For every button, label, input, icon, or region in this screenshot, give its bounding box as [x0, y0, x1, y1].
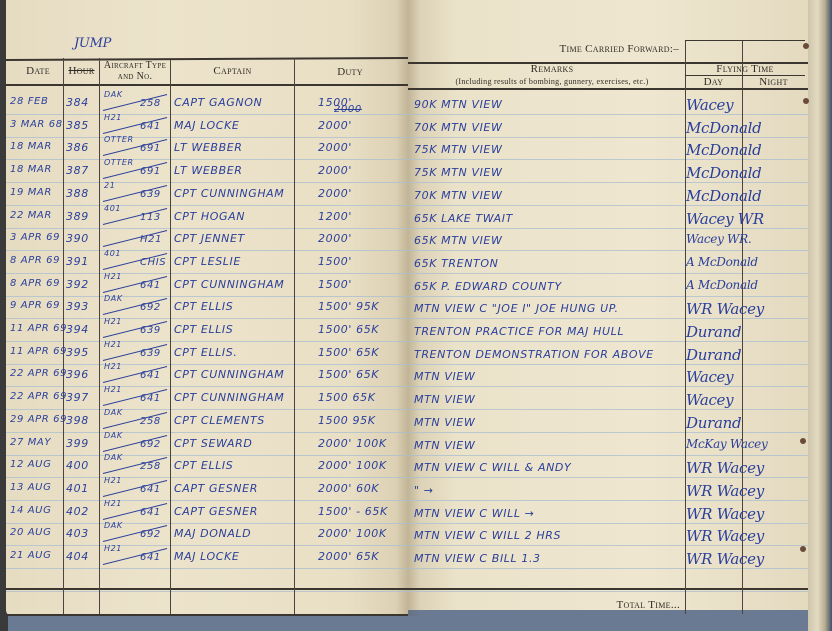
entry-date: 18 Mar	[10, 164, 52, 175]
entry-jump-number: 402	[66, 505, 89, 518]
ruled-line	[408, 364, 808, 365]
ruled-line	[6, 341, 408, 342]
entry-duty: 2000'	[318, 232, 352, 245]
entry-captain: cpt Cunningham	[174, 391, 284, 404]
entry-aircraft-type: 21	[104, 181, 115, 190]
entry-duty-struck: 2000	[334, 104, 362, 115]
entry-date: 27 May	[10, 437, 51, 448]
entry-date: 19 Mar	[10, 187, 52, 198]
ruled-line	[6, 137, 408, 138]
entry-captain: Capt Gagnon	[174, 96, 262, 109]
entry-captain: Cpt Ellis	[174, 300, 233, 313]
entry-jump-number: 391	[66, 255, 89, 268]
entry-captain: Cpt Jennet	[174, 232, 245, 245]
entry-signature: Wacey WR.	[686, 232, 751, 246]
entry-jump-number: 399	[66, 437, 89, 450]
footer-rule-left-2	[6, 614, 408, 616]
ruled-line	[408, 182, 808, 183]
ruled-line	[408, 250, 808, 251]
entry-signature: Wacey	[686, 391, 733, 409]
entry-remarks: 65K Lake Twait	[414, 212, 513, 225]
header-duty: Duty	[295, 67, 405, 78]
entry-jump-number: 394	[66, 323, 89, 336]
entry-jump-number: 386	[66, 141, 89, 154]
jump-annotation: Jump	[74, 36, 111, 51]
entry-duty: 2000'	[318, 141, 352, 154]
ruled-line	[6, 159, 408, 160]
entry-signature: Durand	[686, 323, 741, 341]
entry-remarks: Mtn View	[414, 393, 475, 406]
ruled-line	[408, 205, 808, 206]
entry-aircraft-type: DAK	[104, 90, 123, 99]
entry-captain: Cpt Cunningham	[174, 187, 284, 200]
ruled-line	[6, 273, 408, 274]
entry-date: 9 Apr 69	[10, 300, 60, 311]
entry-aircraft-type: H21	[104, 317, 122, 326]
entry-aircraft-type: H21	[104, 272, 122, 281]
header-night: Night	[742, 77, 805, 88]
entry-captain: Maj Donald	[174, 527, 251, 540]
entry-aircraft-type: H21	[104, 362, 122, 371]
entry-signature: A McDonald	[686, 278, 758, 292]
entry-signature: Wacey WR	[686, 210, 764, 228]
entry-signature: Durand	[686, 346, 741, 364]
entry-aircraft-type: 401	[104, 249, 121, 258]
entry-jump-number: 400	[66, 459, 89, 472]
entry-duty: 2000'	[318, 187, 352, 200]
ruled-line	[6, 500, 408, 501]
entry-remarks: Mtn View c Will 2 hrs	[414, 529, 561, 542]
entry-date: 28 Feb	[10, 96, 48, 107]
ruled-line	[408, 296, 808, 297]
ruled-line	[408, 273, 808, 274]
ruled-line	[408, 523, 808, 524]
entry-date: 29 Apr 69	[10, 414, 67, 425]
entry-aircraft-type: H21	[104, 113, 122, 122]
ruled-line	[6, 205, 408, 206]
entry-remarks: Trenton Practice for Maj Hull	[414, 325, 624, 338]
entry-duty: 1500' 65K	[318, 346, 379, 359]
ruled-line	[6, 364, 408, 365]
entry-duty: 1500'	[318, 278, 352, 291]
entry-aircraft-type: H21	[104, 499, 122, 508]
entry-duty: 2000' 100K	[318, 527, 387, 540]
header-remarks-subtitle: (Including results of bombing, gunnery, …	[420, 76, 684, 87]
entry-date: 22 Mar	[10, 210, 52, 221]
ruled-line	[6, 455, 408, 456]
entry-duty: 1500' 65K	[318, 323, 379, 336]
entry-duty: 1500' 95K	[318, 300, 379, 313]
entry-captain: cpt Cunningham	[174, 368, 284, 381]
entry-jump-number: 395	[66, 346, 89, 359]
entry-aircraft-type: DAK	[104, 431, 123, 440]
entry-remarks: Mtn View	[414, 439, 475, 452]
entry-remarks: 75K Mtn View	[414, 143, 502, 156]
entry-date: 8 Apr 69	[10, 278, 60, 289]
ruled-line	[6, 523, 408, 524]
ruled-line	[408, 159, 808, 160]
entry-duty: 2000' 60K	[318, 482, 379, 495]
entry-remarks: 70K Mtn View	[414, 189, 502, 202]
entry-duty: 2000' 100K	[318, 459, 387, 472]
entry-remarks: 70K Mtn View	[414, 121, 502, 134]
entry-signature: WR Wacey	[686, 482, 764, 500]
entry-duty: 1200'	[318, 210, 352, 223]
entry-remarks: Mtn View	[414, 370, 475, 383]
entry-duty: 1500 65K	[318, 391, 376, 404]
total-time-label: Total Time...	[560, 600, 680, 611]
entry-captain: Capt Gesner	[174, 505, 258, 518]
entry-remarks: Mtn View c Bill 1.3	[414, 552, 541, 565]
time-carried-forward-label: Time Carried Forward:–	[520, 44, 685, 55]
header-bottom-rule-right	[408, 88, 808, 90]
entry-remarks: Trenton Demonstration for Above	[414, 348, 654, 361]
entry-date: 12 Aug	[10, 459, 51, 470]
entry-captain: Lt Webber	[174, 141, 243, 154]
entry-remarks: 65K Trenton	[414, 257, 498, 270]
entry-signature: McDonald	[686, 119, 761, 137]
ruled-line	[408, 500, 808, 501]
entry-aircraft-type: 401	[104, 204, 121, 213]
entry-remarks: Mtn View c Will & Andy	[414, 461, 571, 474]
carried-forward-box-top	[685, 40, 805, 41]
ruled-line	[408, 568, 808, 569]
entry-aircraft-type: DAK	[104, 294, 123, 303]
entry-captain: Cpt Ellis	[174, 459, 233, 472]
ruled-line	[6, 182, 408, 183]
entry-captain: Cpt Seward	[174, 437, 252, 450]
entry-remarks: " →	[414, 484, 434, 497]
entry-captain: Capt Gesner	[174, 482, 258, 495]
entry-date: 3 Apr 69	[10, 232, 60, 243]
col-divider	[99, 58, 100, 614]
entry-captain: Cpt Clements	[174, 414, 265, 427]
binding-hole	[800, 546, 806, 552]
ruled-line	[6, 386, 408, 387]
entry-date: 3 Mar 68	[10, 119, 63, 130]
binding-hole	[803, 43, 809, 49]
entry-aircraft-type: DAK	[104, 521, 123, 530]
entry-signature: WR Wacey	[686, 550, 764, 568]
col-divider	[294, 58, 295, 614]
entry-signature: Wacey	[686, 96, 733, 114]
ruled-line	[6, 591, 408, 592]
ruled-line	[408, 137, 808, 138]
ruled-line	[6, 250, 408, 251]
entry-duty: 2000'	[318, 164, 352, 177]
ruled-line	[408, 318, 808, 319]
entry-captain: Lt Webber	[174, 164, 243, 177]
entry-jump-number: 393	[66, 300, 89, 313]
entry-jump-number: 389	[66, 210, 89, 223]
entry-signature: McDonald	[686, 187, 761, 205]
ruled-line	[6, 318, 408, 319]
entry-jump-number: 404	[66, 550, 89, 563]
entry-remarks: Mtn View c Will →	[414, 507, 535, 520]
entry-jump-number: 385	[66, 119, 89, 132]
col-divider	[170, 58, 171, 614]
entry-date: 21 Aug	[10, 550, 51, 561]
entry-duty: 2000' 65K	[318, 550, 379, 563]
header-aircraft: Aircraft Type and No.	[100, 60, 170, 82]
entry-jump-number: 398	[66, 414, 89, 427]
footer-rule-left-1	[6, 588, 408, 590]
header-bottom-rule-left	[6, 84, 408, 86]
entry-jump-number: 387	[66, 164, 89, 177]
entry-remarks: 65K P. Edward County	[414, 280, 562, 293]
entry-date: 13 Aug	[10, 482, 51, 493]
entry-date: 11 Apr 69	[10, 346, 67, 357]
ruled-line	[6, 296, 408, 297]
entry-date: 8 Apr 69	[10, 255, 60, 266]
ruled-line	[6, 432, 408, 433]
ruled-line	[6, 477, 408, 478]
ruled-line	[408, 228, 808, 229]
ruled-line	[408, 477, 808, 478]
entry-remarks: Mtn View c "Joe I" Joe Hung up.	[414, 302, 619, 315]
ruled-line	[408, 432, 808, 433]
entry-remarks: 75K Mtn View	[414, 166, 502, 179]
entry-duty: 1500'	[318, 255, 352, 268]
entry-signature: McKay Wacey	[686, 437, 767, 451]
entry-aircraft-type: Otter	[104, 135, 134, 144]
entry-jump-number: 397	[66, 391, 89, 404]
entry-jump-number: 390	[66, 232, 89, 245]
binding-hole	[803, 98, 809, 104]
entry-captain: Cpt Leslie	[174, 255, 241, 268]
entry-date: 18 Mar	[10, 141, 52, 152]
ruled-line	[6, 568, 408, 569]
entry-date: 14 Aug	[10, 505, 51, 516]
entry-remarks: 90K Mtn View	[414, 98, 502, 111]
entry-captain: Cpt Ellis	[174, 323, 233, 336]
entry-signature: WR Wacey	[686, 527, 764, 545]
entry-duty: 1500' 65K	[318, 368, 379, 381]
entry-signature: WR Wacey	[686, 505, 764, 523]
ruled-line	[408, 591, 808, 592]
ruled-line	[408, 114, 808, 115]
ruled-line	[408, 386, 808, 387]
entry-duty: 2000'	[318, 119, 352, 132]
header-captain: Captain	[171, 66, 294, 77]
entry-date: 22 Apr 69	[10, 368, 67, 379]
entry-date: 22 Apr 69	[10, 391, 67, 402]
entry-captain: Maj Locke	[174, 550, 239, 563]
entry-aircraft-type: H21	[104, 385, 122, 394]
entry-signature: WR Wacey	[686, 459, 764, 477]
entry-date: 20 Aug	[10, 527, 51, 538]
entry-captain: Cpt Ellis.	[174, 346, 237, 359]
entry-signature: A McDonald	[686, 255, 758, 269]
entry-duty: 2000' 100K	[318, 437, 387, 450]
header-date: Date	[14, 66, 62, 77]
ruled-line	[6, 545, 408, 546]
entry-duty: 1500' - 65K	[318, 505, 388, 518]
ruled-line	[6, 228, 408, 229]
header-hour: Hour	[64, 66, 99, 77]
entry-aircraft-type: Otter	[104, 158, 134, 167]
col-divider	[63, 58, 64, 614]
logbook-photo: Jump Date Hour Aircraft Type and No. Cap…	[0, 0, 832, 631]
entry-jump-number: 392	[66, 278, 89, 291]
entry-captain: Cpt Hogan	[174, 210, 245, 223]
entry-captain: Cpt Cunningham	[174, 278, 284, 291]
entry-jump-number: 401	[66, 482, 89, 495]
ruled-line	[408, 455, 808, 456]
entry-signature: Durand	[686, 414, 741, 432]
ruled-line	[408, 409, 808, 410]
entry-aircraft-type: H21	[104, 544, 122, 553]
entry-duty: 1500 95K	[318, 414, 376, 427]
entry-aircraft-type: DAK	[104, 408, 123, 417]
entry-aircraft-type: H21	[104, 476, 122, 485]
entry-remarks: 65K Mtn View	[414, 234, 502, 247]
header-day: Day	[685, 77, 742, 88]
entry-date: 11 Apr 69	[10, 323, 67, 334]
ruled-line	[6, 409, 408, 410]
entry-jump-number: 388	[66, 187, 89, 200]
entry-signature: Wacey	[686, 368, 733, 386]
header-remarks: Remarks	[420, 64, 684, 75]
entry-jump-number: 384	[66, 96, 89, 109]
header-flying-time: Flying Time	[685, 64, 805, 75]
entry-jump-number: 396	[66, 368, 89, 381]
entry-signature: McDonald	[686, 164, 761, 182]
footer-rule-right	[408, 588, 808, 590]
entry-aircraft-type: H21	[104, 340, 122, 349]
entry-jump-number: 403	[66, 527, 89, 540]
entry-captain: Maj Locke	[174, 119, 239, 132]
entry-signature: McDonald	[686, 141, 761, 159]
entry-signature: WR Wacey	[686, 300, 764, 318]
page-edges	[808, 0, 832, 631]
ruled-line	[408, 341, 808, 342]
entry-remarks: Mtn View	[414, 416, 475, 429]
binding-hole	[800, 438, 806, 444]
ruled-line	[408, 545, 808, 546]
entry-aircraft-type: DAK	[104, 453, 123, 462]
